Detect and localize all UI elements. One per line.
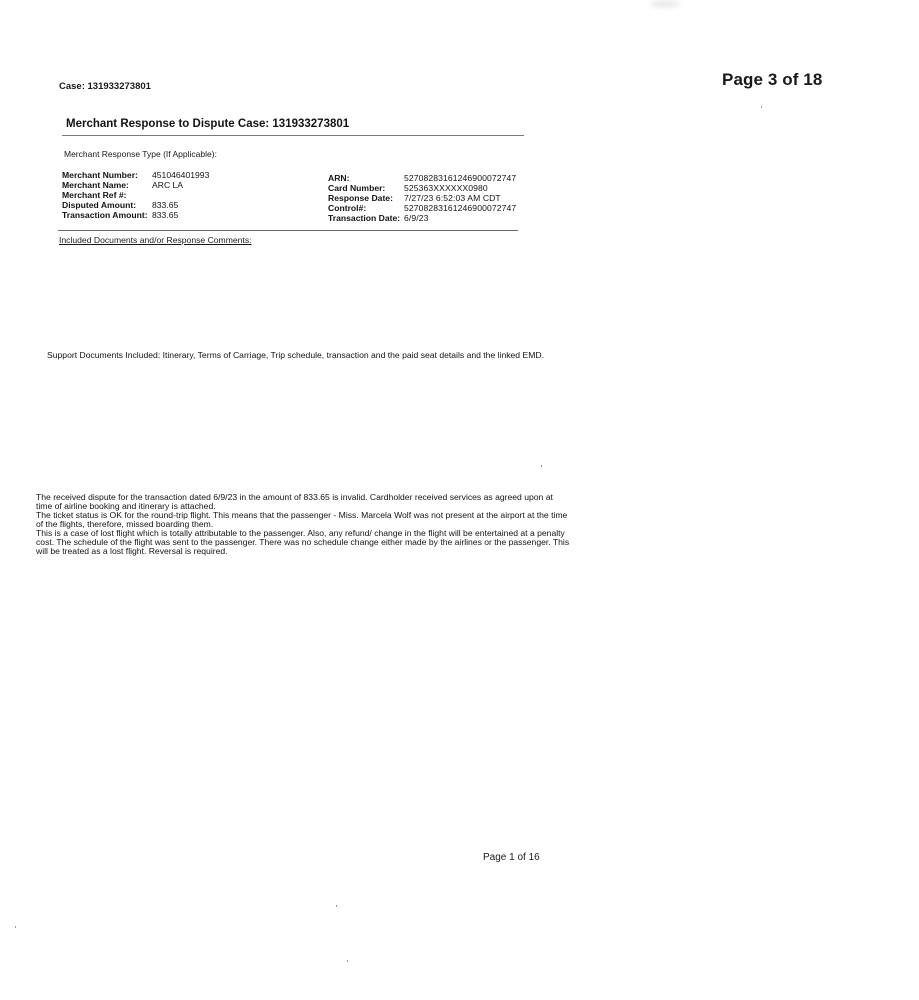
field-merchant-number: Merchant Number: 451046401993 [62,170,209,180]
field-label: Response Date: [328,193,404,203]
title-divider [62,135,524,136]
comment-paragraph: This is a case of lost flight which is t… [36,529,571,556]
field-value: 525363XXXXXX0980 [404,183,488,193]
comment-paragraph: The ticket status is OK for the round-tr… [36,511,571,529]
field-label: Card Number: [328,183,404,193]
field-merchant-name: Merchant Name: ARC LA [62,180,209,190]
field-label: Control#: [328,203,404,213]
scan-speck [541,465,542,467]
field-transaction-date: Transaction Date: 6/9/23 [328,213,516,223]
field-card-number: Card Number: 525363XXXXXX0980 [328,183,516,193]
page-footer-number: Page 1 of 16 [483,852,540,863]
scan-speck [761,106,762,108]
merchant-details: Merchant Number: 451046401993 Merchant N… [62,170,209,220]
field-control-number: Control#: 52708283161246900072747 [328,203,516,213]
field-value: 833.65 [152,210,178,220]
field-label: Transaction Amount: [62,210,152,220]
field-value: 52708283161246900072747 [404,203,516,213]
field-value: 6/9/23 [404,213,429,223]
support-documents-text: Support Documents Included: Itinerary, T… [47,351,567,360]
scan-smudge [650,0,680,8]
field-value: 451046401993 [152,170,209,180]
scan-speck [336,905,337,907]
field-arn: ARN: 52708283161246900072747 [328,173,516,183]
page-corner-number: Page 3 of 18 [722,70,822,90]
field-value: 52708283161246900072747 [404,173,516,183]
scan-speck [15,926,16,928]
case-number-header: Case: 131933273801 [59,81,151,92]
transaction-details: ARN: 52708283161246900072747 Card Number… [328,173,516,223]
field-merchant-ref: Merchant Ref #: [62,190,209,200]
scan-speck [347,960,348,962]
field-label: ARN: [328,173,404,183]
field-value: 7/27/23 6:52:03 AM CDT [404,193,501,203]
comment-paragraph: The received dispute for the transaction… [36,493,571,511]
included-documents-heading: Included Documents and/or Response Comme… [59,235,252,245]
document-title: Merchant Response to Dispute Case: 13193… [66,118,349,130]
dispute-response-comments: The received dispute for the transaction… [36,493,571,556]
field-label: Disputed Amount: [62,200,152,210]
field-label: Transaction Date: [328,213,404,223]
field-value: 833.65 [152,200,178,210]
field-label: Merchant Name: [62,180,152,190]
field-disputed-amount: Disputed Amount: 833.65 [62,200,209,210]
details-divider [58,230,518,231]
field-label: Merchant Ref #: [62,190,152,200]
field-response-date: Response Date: 7/27/23 6:52:03 AM CDT [328,193,516,203]
field-transaction-amount: Transaction Amount: 833.65 [62,210,209,220]
field-label: Merchant Number: [62,170,152,180]
response-type-label: Merchant Response Type (If Applicable): [64,149,217,159]
field-value: ARC LA [152,180,183,190]
